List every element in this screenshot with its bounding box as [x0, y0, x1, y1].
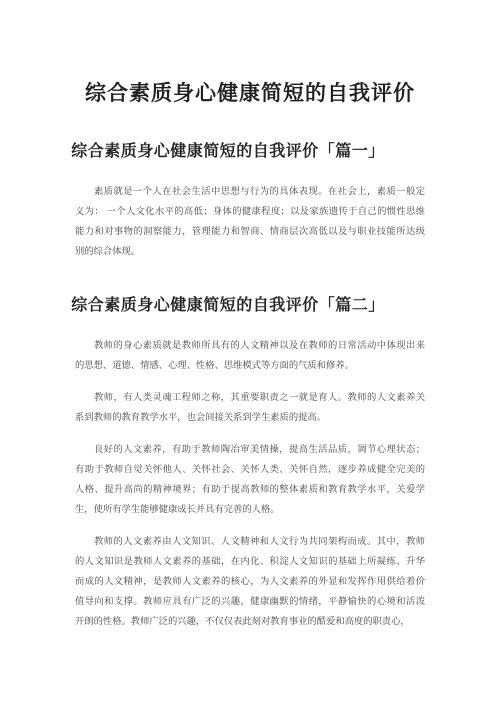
paragraph-line: 有助于教师自觉关怀他人、关怀社会、关怀人类、关怀自然，逐步养成健全完美的 [75, 460, 425, 480]
paragraph: 素质就是一个人在社会生活中思想与行为的具体表现。在社会上，素质一般定义为： 一个… [75, 182, 425, 262]
paragraph-line: 开朗的性格。教师广泛的兴趣，不仅仅表此刻对教育事业的酷爱和高度的职责心， [75, 612, 425, 632]
paragraph-line: 教师的身心素质就是教师所具有的人文精神以及在教师的日常活动中体现出来 [75, 336, 425, 356]
document-title: 综合素质身心健康简短的自我评价 [75, 78, 425, 108]
paragraph-line: 生，使所有学生能够健康成长并具有完善的人格。 [75, 500, 425, 520]
paragraph-line: 而成的人文精神，是教师人文素养的核心，为人文素养的外显和发挥作用供给着价 [75, 572, 425, 592]
paragraph-line: 能力和对事物的洞察能力，管理能力和智商、情商层次高低以及与职业技能所达级 [75, 222, 425, 242]
paragraph-line: 人格、提升高尚的精神境界；有助于提高教师的整体素质和教育教学水平，关爱学 [75, 480, 425, 500]
paragraph-line: 义为： 一个人文化水平的高低；身体的健康程度；以及家族遗传于自己的惯性思维 [75, 202, 425, 222]
document-page: 综合素质身心健康简短的自我评价 综合素质身心健康简短的自我评价「篇一」素质就是一… [0, 0, 500, 707]
section-heading: 综合素质身心健康简短的自我评价「篇一」 [53, 140, 403, 164]
paragraph-line: 的人文知识是教师人文素养的基础，在内化、积淀人文知识的基础上所凝练、升华 [75, 552, 425, 572]
section-heading: 综合素质身心健康简短的自我评价「篇二」 [53, 294, 403, 318]
paragraph: 良好的人文素养，有助于教师陶冶审美情操，提高生活品质，调节心理状态；有助于教师自… [75, 440, 425, 520]
document-body: 综合素质身心健康简短的自我评价「篇一」素质就是一个人在社会生活中思想与行为的具体… [75, 140, 425, 632]
paragraph-line: 教师的人文素养由人文知识、人文精神和人文行为共同架构而成。其中，教师 [75, 532, 425, 552]
paragraph-line: 素质就是一个人在社会生活中思想与行为的具体表现。在社会上，素质一般定 [75, 182, 425, 202]
paragraph: 教师的人文素养由人文知识、人文精神和人文行为共同架构而成。其中，教师的人文知识是… [75, 532, 425, 632]
paragraph-line: 教师，有人类灵魂工程师之称，其重要职责之一就是育人。教师的人文素养关 [75, 388, 425, 408]
paragraph-line: 别的综合体现。 [75, 242, 425, 262]
paragraph: 教师，有人类灵魂工程师之称，其重要职责之一就是育人。教师的人文素养关系到教师的教… [75, 388, 425, 428]
paragraph: 教师的身心素质就是教师所具有的人文精神以及在教师的日常活动中体现出来的思想、道德… [75, 336, 425, 376]
paragraph-line: 值导向和支撑。教师应具有广泛的兴趣，健康幽默的情绪，平静愉快的心境和活泼 [75, 592, 425, 612]
paragraph-line: 的思想、道德、情感、心理、性格、思维模式等方面的气质和修养。 [75, 356, 425, 376]
paragraph-line: 系到教师的教育教学水平，也会间接关系到学生素质的提高。 [75, 408, 425, 428]
paragraph-line: 良好的人文素养，有助于教师陶冶审美情操，提高生活品质，调节心理状态； [75, 440, 425, 460]
